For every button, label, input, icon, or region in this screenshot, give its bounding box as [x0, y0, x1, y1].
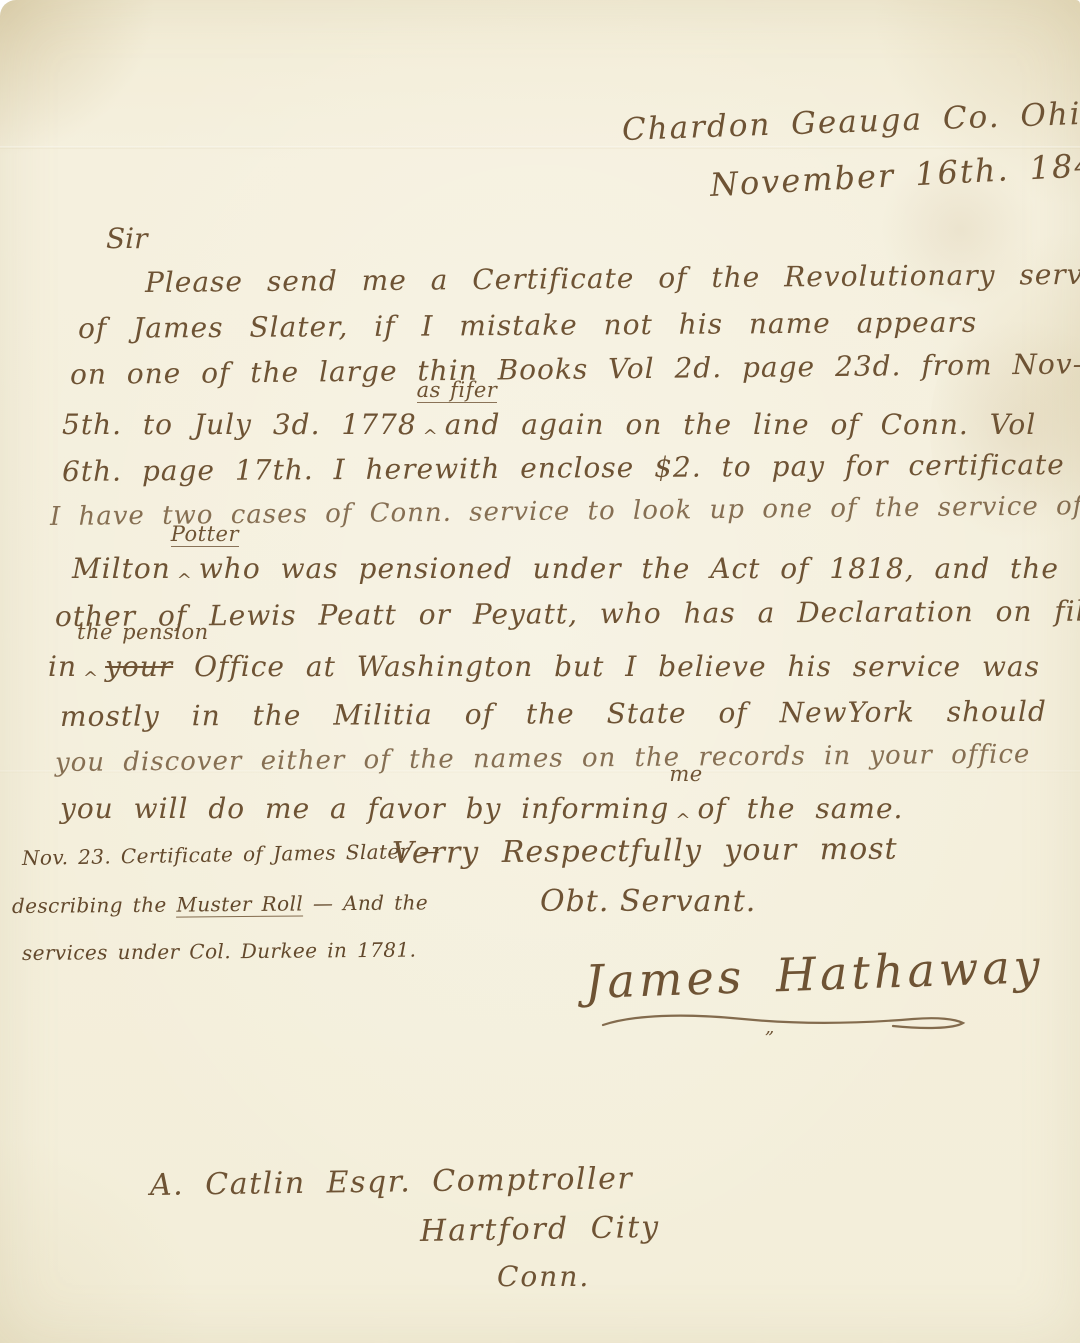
signature-flourish	[593, 1007, 973, 1037]
body-line: inthe pension^your Office at Washington …	[48, 650, 1040, 689]
letter-page: Chardon Geauga Co. Ohio November 16th. 1…	[0, 0, 1080, 1343]
body-line: 6th. page 17th. I herewith enclose $2. t…	[62, 448, 1065, 488]
margin-note-line: services under Col. Durkee in 1781.	[22, 938, 417, 965]
signature-block: James Hathaway „	[585, 955, 1044, 1009]
dateline-place: Chardon Geauga Co. Ohio	[621, 95, 1080, 148]
margin-note-post: — And the	[313, 890, 428, 915]
closing-line: Obt. Servant.	[540, 884, 756, 919]
body-line9-pre: in	[48, 650, 77, 683]
insertion: me^	[669, 792, 697, 831]
margin-note-line: describing the Muster Roll — And the	[12, 890, 428, 918]
body-line: you will do me a favor by informingme^of…	[60, 792, 903, 831]
insertion-text: the pension	[77, 620, 209, 644]
struck-word: your	[105, 650, 173, 683]
insertion-caret: ^	[669, 810, 697, 831]
insertion-caret: ^	[417, 426, 445, 447]
body-line4-pre: 5th. to July 3d. 1778	[62, 408, 417, 441]
salutation: Sir	[106, 222, 148, 255]
insertion: Potter^	[171, 552, 199, 591]
body-line9-post: Office at Washington but I believe his s…	[194, 650, 1040, 683]
insertion-text: Potter	[171, 522, 239, 547]
address-line: Hartford City	[420, 1210, 661, 1249]
paper-crease	[0, 146, 1080, 149]
insertion-text: as fifer	[417, 378, 498, 403]
body-line7-post: who was pensioned under the Act of 1818,…	[199, 552, 1059, 585]
body-line7-pre: Milton	[72, 552, 171, 585]
body-line: mostly in the Militia of the State of Ne…	[60, 695, 1047, 733]
closing-line: Verry Respectfully your most	[392, 832, 898, 871]
insertion-caret: ^	[77, 668, 105, 689]
body-line: other of Lewis Peatt or Peyatt, who has …	[55, 595, 1080, 633]
margin-note-line: Nov. 23. Certificate of James Slater —	[22, 839, 440, 870]
address-line: A. Catlin Esqr. Comptroller	[150, 1161, 634, 1203]
body-line: 5th. to July 3d. 1778as fifer^and again …	[62, 408, 1036, 447]
body-line: of James Slater, if I mistake not his na…	[78, 306, 977, 345]
insertion: the pension^	[77, 650, 105, 689]
body-line12-pre: you will do me a favor by informing	[60, 792, 669, 825]
body-line: on one of the large thin Books Vol 2d. p…	[70, 347, 1080, 391]
signature-name: James Hathaway	[584, 939, 1044, 1009]
insertion-text: me	[669, 762, 702, 786]
insertion-caret: ^	[171, 570, 199, 591]
body-line: MiltonPotter^who was pensioned under the…	[72, 552, 1059, 591]
underlined-text: Muster Roll	[176, 891, 303, 917]
margin-note-pre: describing the	[12, 893, 167, 918]
body-line12-post: of the same.	[697, 792, 903, 825]
body-line4-post: and again on the line of Conn. Vol	[445, 408, 1036, 441]
insertion: as fifer^	[417, 408, 445, 447]
signature-ditto-mark: „	[765, 1017, 774, 1038]
address-line: Conn.	[497, 1260, 590, 1293]
